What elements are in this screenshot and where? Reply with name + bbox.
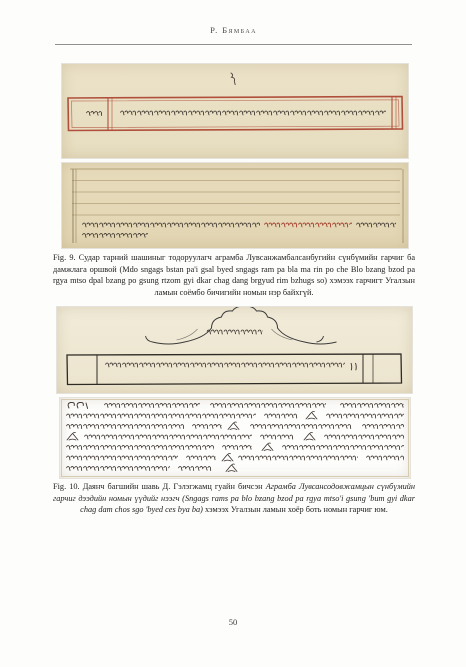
tibetan-manuscript-ruled-page: [62, 163, 408, 248]
page-number: 50: [0, 617, 466, 627]
cursive-text-line-1-end-black: [356, 222, 396, 230]
arch-ornament-icon: [146, 307, 337, 344]
header-rule: [55, 44, 412, 45]
fig9-image-red-framed-title: [62, 64, 408, 158]
title-script-line: [105, 362, 345, 371]
fig9-caption-text: Fig. 9. Судар тарний шашиныг тодоруулагч…: [53, 253, 415, 297]
title-script-line: [120, 110, 386, 119]
yig-mgo-opening-mark-icon: [68, 402, 87, 408]
cursive-text-rows: [66, 402, 404, 473]
fig10-caption-tail: хэмээх Угалзын ламын хоёр боть номын гар…: [203, 505, 388, 514]
ruled-guide-lines: [70, 169, 402, 215]
fig10-image-dense-text-folio: [60, 398, 410, 478]
tent-divider-marks: [67, 411, 317, 471]
scanned-paper-page: Р. Бямбаа: [0, 0, 466, 667]
tibetan-manuscript-title-page-arch: [57, 307, 412, 393]
double-shad-mark-icon: [351, 363, 356, 370]
tibetan-manuscript-dense-page: [60, 398, 410, 478]
fig9-image-ruled-folio: [62, 163, 408, 248]
fig10-image-arch-title: [57, 307, 412, 393]
tibetan-manuscript-title-page-red: [62, 64, 408, 158]
margin-lines: [73, 169, 403, 243]
cursive-text-line-1-red: [264, 222, 352, 230]
title-script-start-mark: [86, 110, 102, 118]
folio-head-mark-icon: [231, 73, 235, 85]
fig10-caption: Fig. 10. Даянч багшийн шавь Д. Гэлэгжамц…: [53, 481, 415, 516]
running-head-author: Р. Бямбаа: [55, 25, 412, 35]
cursive-text-line-2: [82, 232, 148, 239]
fig9-caption: Fig. 9. Судар тарний шашиныг тодоруулагч…: [53, 252, 415, 299]
cursive-text-line-1-black: [82, 222, 260, 230]
fig10-caption-lead: Fig. 10. Даянч багшийн шавь Д. Гэлэгжамц…: [53, 482, 266, 491]
